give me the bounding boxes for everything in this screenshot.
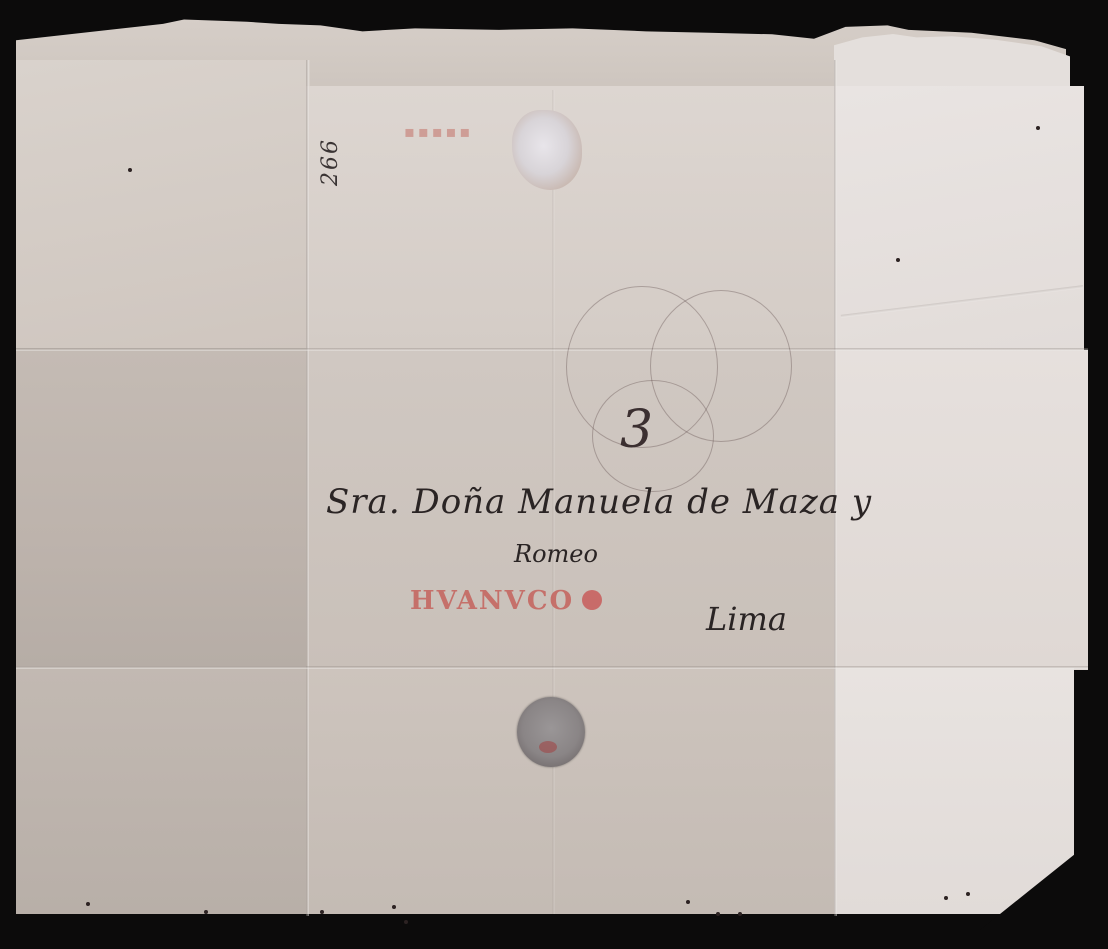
fold-line-horizontal-lower: [16, 666, 1088, 669]
fold-line-horizontal-upper: [16, 348, 1088, 351]
panel-left-top: [16, 60, 310, 350]
faint-red-stamp: ▪▪▪▪▪: [404, 122, 473, 141]
address-line-1: Sra. Doña Manuela de Maza y: [326, 482, 872, 522]
catalog-number-note: 266: [318, 138, 343, 186]
panel-left-middle: [16, 348, 310, 668]
panel-left-bottom: [16, 666, 310, 914]
address-line-2: Romeo: [514, 540, 598, 568]
postmark-hvanvco: HVANVCO: [410, 586, 574, 616]
rate-numeral: 3: [620, 400, 653, 460]
postmark-red-dot: [582, 590, 602, 610]
letter-sheet: 266 ▪▪▪▪▪ 3 Sra. Doña Manuela de Maza y …: [0, 0, 1108, 949]
panel-right-middle: [834, 350, 1088, 670]
panel-right-bottom: [834, 668, 1074, 914]
photo-stage: 266 ▪▪▪▪▪ 3 Sra. Doña Manuela de Maza y …: [0, 0, 1108, 949]
wax-seal-icon: [517, 697, 585, 767]
fold-line-vertical-left: [306, 60, 309, 916]
address-city: Lima: [706, 600, 787, 638]
